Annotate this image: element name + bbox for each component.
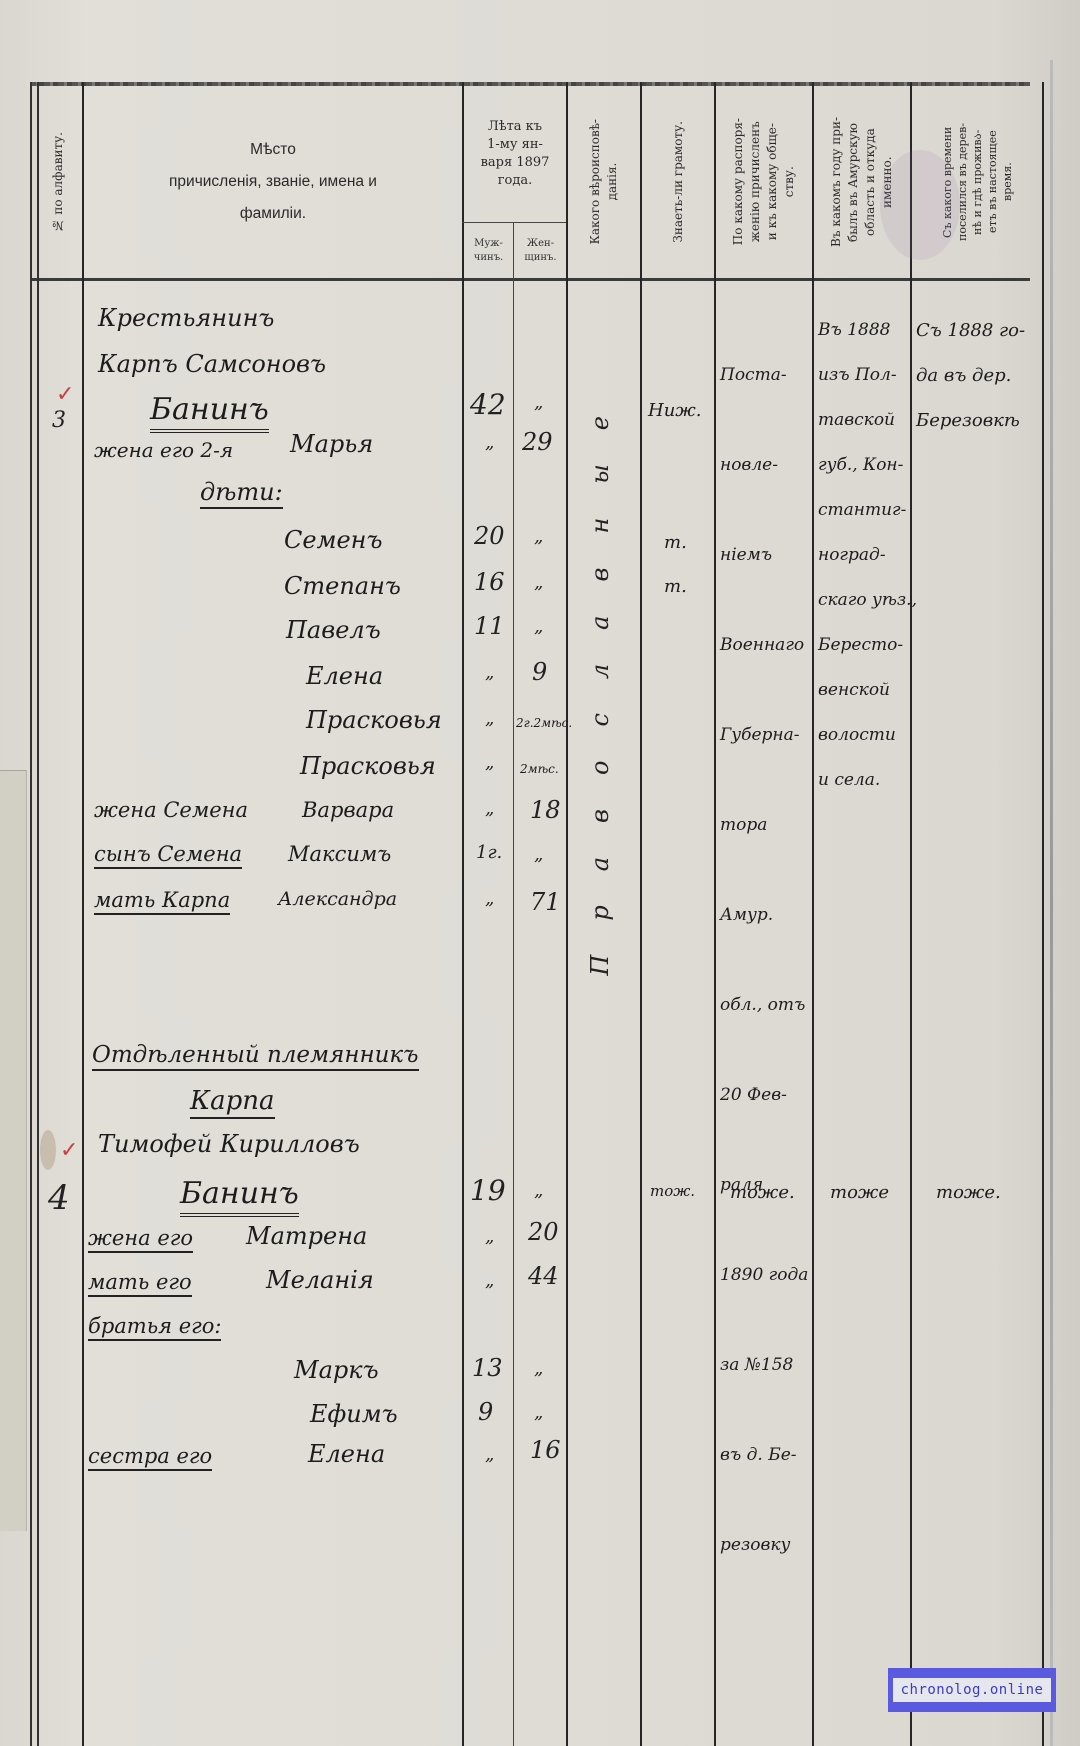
male-age: 9 (478, 1398, 493, 1426)
header-place: Мѣсто причисленія, званіе, имена и фамил… (84, 86, 462, 278)
arrival-text: Въ 1888 изъ Пол- тавской губ., Кон- стан… (818, 308, 912, 803)
settled-text: Съ 1888 го- да въ дер. Березовкѣ (916, 308, 1044, 443)
arrival-line: Въ 1888 (818, 308, 912, 353)
member-relation: жена Семена (94, 798, 248, 822)
order-line: 1890 года (720, 1253, 814, 1298)
settled-line: да въ дер. (916, 353, 1044, 398)
female-age: 29 (522, 428, 553, 456)
arrival-line: волости (818, 713, 912, 758)
female-age: 18 (530, 796, 561, 824)
female-age: 71 (530, 888, 561, 916)
household-number: 4 (48, 1178, 70, 1218)
female-age: „ (534, 1358, 543, 1379)
adjacent-page-edge (0, 770, 27, 1531)
watermark-text: chronolog.online (893, 1678, 1052, 1702)
male-age: „ (485, 798, 494, 819)
member-name: Александра (278, 888, 397, 910)
male-age: 20 (474, 522, 505, 550)
left-border (30, 82, 39, 1746)
member-name: Меланія (266, 1266, 374, 1294)
header-religion-label: Какого вѣроисповѣ- данія. (587, 119, 621, 244)
literacy-value: Ниж. (648, 400, 701, 421)
section-heading: Отдѣленный племянникъ (92, 1042, 419, 1071)
header-order: По какому распоря- женію причисленъ и къ… (716, 86, 812, 278)
arrival-line: губ., Кон- (818, 443, 912, 488)
male-age: 42 (470, 388, 506, 421)
household-number: 3 (52, 408, 66, 433)
header-order-label: По какому распоря- женію причисленъ и къ… (730, 118, 798, 245)
entry-surname: Банинъ (180, 1176, 299, 1217)
male-age: 1г. (476, 842, 502, 863)
member-group-label: дѣти: (200, 478, 283, 509)
header-number-label: № по алфавиту. (50, 132, 67, 232)
header-arrival-label: Въ какомъ году при- былъ въ Амурскую обл… (828, 117, 896, 247)
header-place-line2: причисленія, званіе, имена и (169, 166, 377, 198)
literacy-value: т. (664, 576, 687, 597)
male-age: 13 (472, 1354, 503, 1382)
entry-surname: Банинъ (150, 392, 269, 433)
col-divider (640, 82, 642, 1746)
order-line: въ д. Бе- (720, 1433, 814, 1478)
order-line: резовку (720, 1523, 814, 1568)
female-age: 2мѣс. (520, 762, 559, 776)
order-line: обл., отъ (720, 983, 814, 1028)
female-age: „ (534, 526, 543, 547)
order-line: за №158 (720, 1343, 814, 1388)
male-age: „ (485, 1226, 494, 1247)
member-name: Марья (290, 430, 373, 458)
order-line: Губерна- (720, 713, 814, 758)
arrival-line: венской (818, 668, 912, 713)
member-name: Прасковья (306, 706, 442, 734)
section-heading-2: Карпа (190, 1086, 275, 1119)
col-divider (82, 82, 84, 1746)
order-line: ніемъ (720, 533, 814, 578)
male-age: „ (485, 662, 494, 683)
literacy-value: тож. (650, 1182, 695, 1200)
female-age: 9 (532, 658, 547, 686)
female-age: „ (534, 1402, 543, 1423)
page-fold-edge (1050, 60, 1053, 1746)
member-name: Елена (306, 662, 383, 690)
entry-head-name: Карпъ Самсоновъ (98, 350, 326, 378)
check-mark-icon: ✓ (56, 382, 74, 407)
member-name: Матрена (246, 1222, 367, 1250)
male-age: „ (485, 708, 494, 729)
male-age: „ (485, 432, 494, 453)
col-divider (462, 82, 464, 1746)
header-religion: Какого вѣроисповѣ- данія. (568, 86, 640, 278)
order-line: тора (720, 803, 814, 848)
order-line: Поста- (720, 353, 814, 398)
religion-value: Православные (586, 382, 614, 976)
male-age: „ (485, 1444, 494, 1465)
order-line: Амур. (720, 893, 814, 938)
member-name: Елена (308, 1440, 385, 1468)
male-age: 16 (474, 568, 505, 596)
female-age: 20 (528, 1218, 559, 1246)
member-relation: жена его (88, 1226, 193, 1253)
header-literacy: Знаеть-ли грамоту. (642, 86, 714, 278)
settled-text: тоже. (936, 1182, 1001, 1203)
order-line: новле- (720, 443, 814, 488)
member-name: Ефимъ (310, 1400, 398, 1428)
order-line: Военнаго (720, 623, 814, 668)
order-text: тоже. (730, 1182, 795, 1203)
header-place-title: Мѣсто (250, 134, 296, 166)
male-age: 11 (474, 612, 505, 640)
arrival-line: скаго уѣз., (818, 578, 912, 623)
arrival-line: изъ Пол- (818, 353, 912, 398)
member-name: Павелъ (286, 616, 381, 644)
settled-line: Березовкѣ (916, 398, 1044, 443)
female-age: „ (534, 616, 543, 637)
member-relation: сынъ Семена (94, 842, 242, 869)
header-arrival: Въ какомъ году при- былъ въ Амурскую обл… (814, 86, 910, 278)
watermark-badge: chronolog.online (888, 1668, 1056, 1712)
header-place-line3: фамиліи. (240, 198, 306, 230)
arrival-text: тоже (830, 1182, 889, 1203)
member-name: Маркъ (294, 1356, 379, 1384)
header-bottom-border (30, 278, 1030, 281)
member-name: Варвара (302, 798, 394, 822)
male-age: „ (485, 1270, 494, 1291)
arrival-line: Бересто- (818, 623, 912, 668)
arrival-line: тавской (818, 398, 912, 443)
header-age-female: Жен- щинъ. (515, 226, 566, 276)
col-divider (714, 82, 716, 1746)
col-divider (513, 222, 514, 1746)
member-name: Максимъ (288, 842, 391, 866)
age-subheader-rule (462, 222, 566, 223)
female-age: 44 (528, 1262, 559, 1290)
female-age: 16 (530, 1436, 561, 1464)
order-text: Поста- новле- ніемъ Военнаго Губерна- то… (720, 308, 814, 1613)
member-name: Прасковья (300, 752, 436, 780)
arrival-line: и села. (818, 758, 912, 803)
header-age: Лѣта къ 1-му ян- варя 1897 года. (464, 86, 566, 222)
header-number: № по алфавиту. (34, 86, 82, 278)
male-age: „ (485, 752, 494, 773)
census-form-table: № по алфавиту. Мѣсто причисленія, званіе… (30, 82, 1030, 1746)
member-name: Степанъ (284, 572, 401, 600)
male-age: „ (485, 888, 494, 909)
header-settled-label: Съ какого времени поселился въ дерев- нѣ… (940, 123, 1015, 241)
male-age: 19 (470, 1174, 506, 1207)
order-line: 20 Фев- (720, 1073, 814, 1118)
member-group-label: братья его: (88, 1314, 221, 1341)
arrival-line: стантиг- (818, 488, 912, 533)
col-divider (566, 82, 568, 1746)
entry-heading: Крестьянинъ (98, 304, 274, 332)
member-relation: мать его (88, 1270, 192, 1297)
female-age: „ (534, 1180, 543, 1201)
header-age-male: Муж- чинъ. (464, 226, 513, 276)
header-literacy-label: Знаеть-ли грамоту. (670, 121, 687, 243)
document-page: № по алфавиту. Мѣсто причисленія, званіе… (0, 0, 1080, 1746)
literacy-value: т. (664, 532, 687, 553)
female-age: „ (534, 572, 543, 593)
female-age: 2г.2мѣс. (516, 716, 572, 730)
female-age: „ (534, 844, 543, 865)
member-relation: сестра его (88, 1444, 212, 1471)
member-relation: мать Карпа (94, 888, 230, 915)
member-relation: жена его 2-я (94, 438, 233, 462)
female-age: „ (534, 392, 543, 413)
entry-head-name: Тимофей Кирилловъ (98, 1130, 360, 1158)
check-mark-icon: ✓ (60, 1138, 78, 1163)
member-name: Семенъ (284, 526, 382, 554)
header-settled: Съ какого времени поселился въ дерев- нѣ… (912, 86, 1042, 278)
arrival-line: ноград- (818, 533, 912, 578)
settled-line: Съ 1888 го- (916, 308, 1044, 353)
